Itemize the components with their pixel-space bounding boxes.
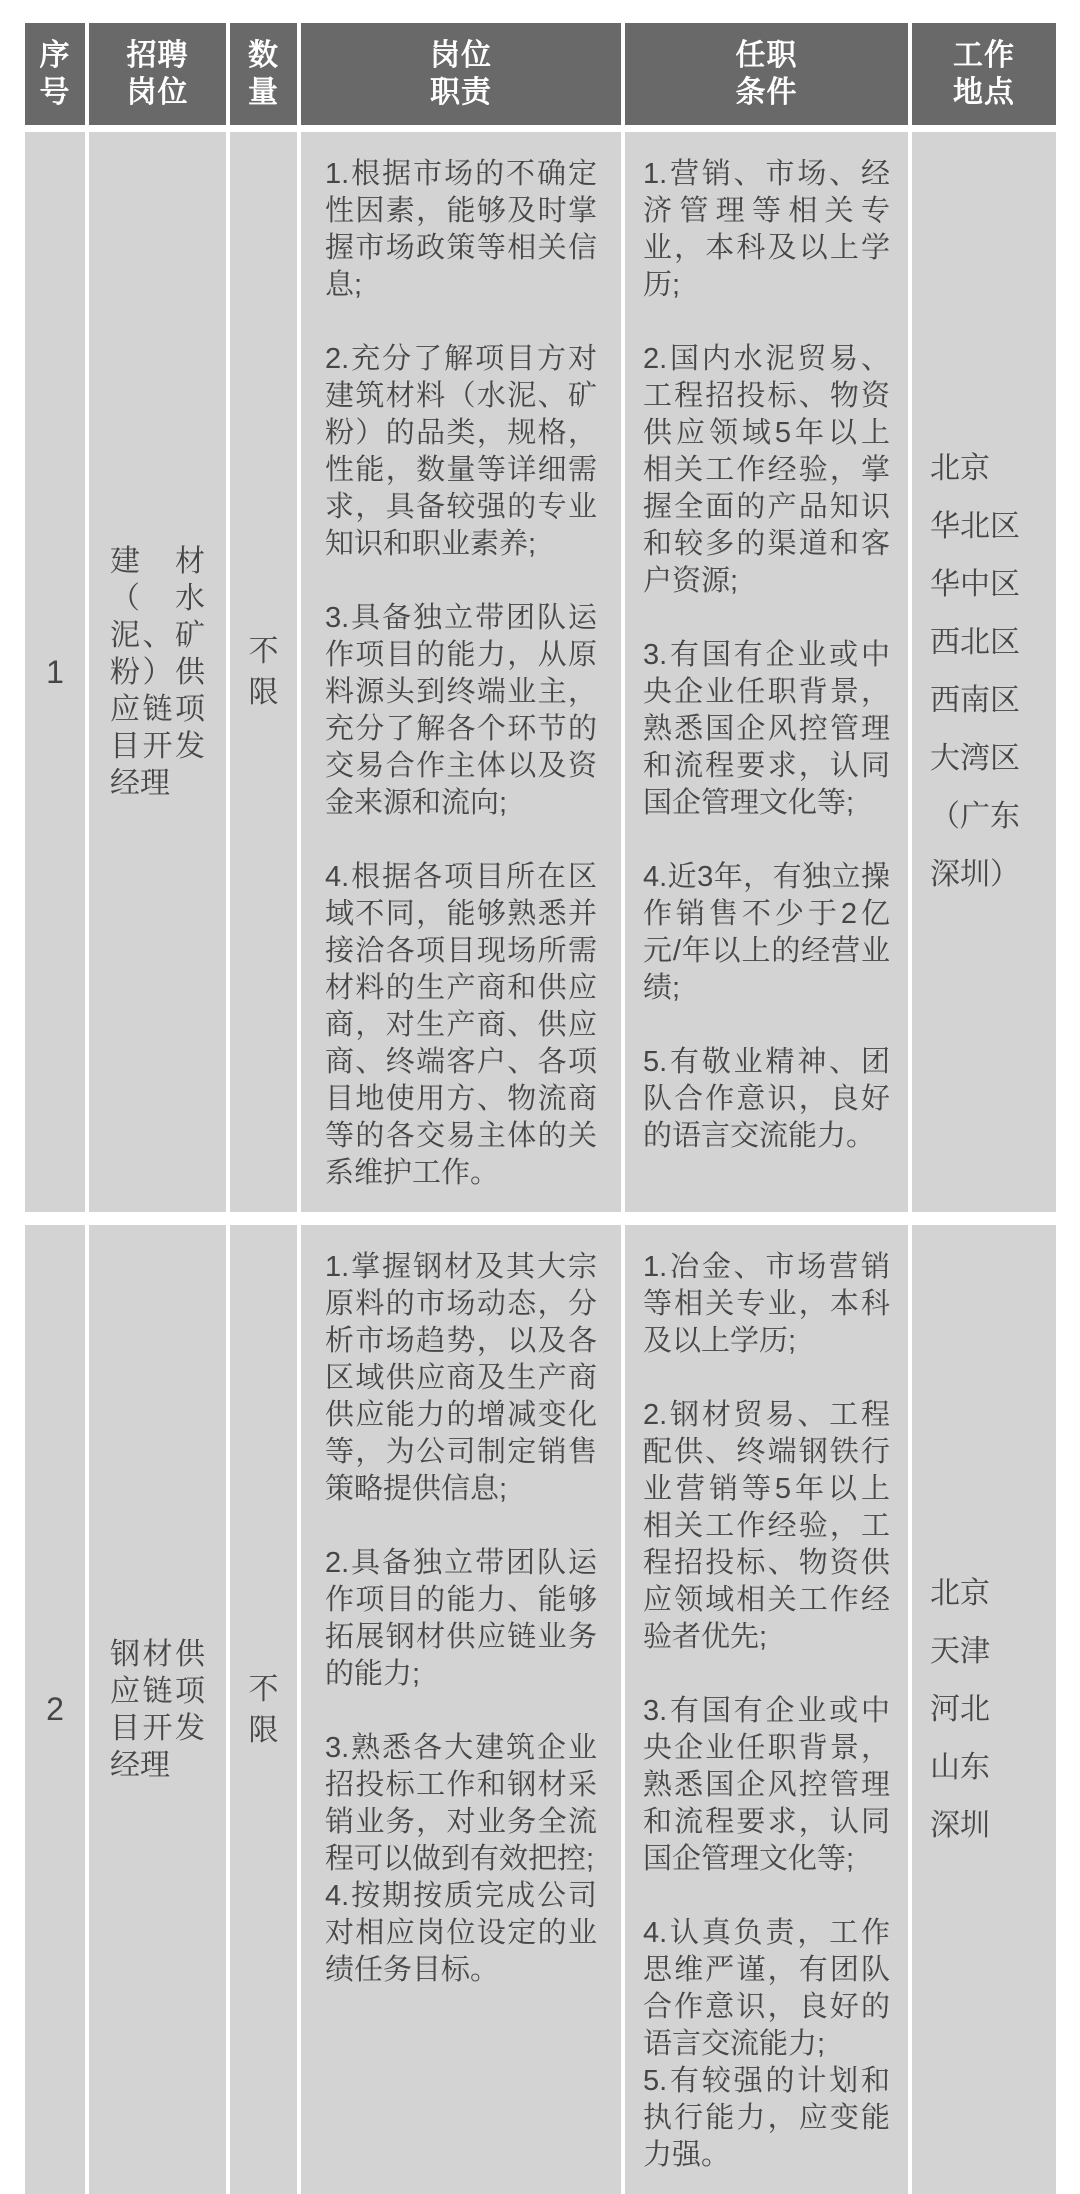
requirements-list: 1.冶金、市场营销等相关专业，本科及以上学历;2.钢材贸易、工程配供、终端钢铁行…	[643, 1249, 890, 2174]
position-cell: 钢材供应链项目开发经理	[89, 1225, 226, 2194]
column-header-requirements: 任职 条件	[625, 23, 908, 125]
location-cell: 北京华北区华中区西北区西南区大湾区（广东深圳）	[912, 132, 1056, 1212]
requirements-list: 1.营销、市场、经济管理等相关专业，本科及以上学历;2.国内水泥贸易、工程招投标…	[643, 156, 890, 1155]
location-item: 深圳）	[930, 846, 1056, 904]
position-title: 建材（水泥、矿粉）供应链项目开发经理	[89, 543, 226, 802]
requirement-item: 2.钢材贸易、工程配供、终端钢铁行业营销等5年以上相关工作经验，工程招投标、物资…	[643, 1397, 890, 1656]
position-cell: 建材（水泥、矿粉）供应链项目开发经理	[89, 132, 226, 1212]
location-item: 山东	[930, 1739, 1056, 1797]
duty-item: 3.熟悉各大建筑企业招投标工作和钢材采销业务，对业务全流程可以做到有效把控; 4…	[325, 1730, 597, 1989]
location-item: 北京	[930, 440, 1056, 498]
column-header-no: 序 号	[25, 23, 85, 125]
requirements-cell: 1.冶金、市场营销等相关专业，本科及以上学历;2.钢材贸易、工程配供、终端钢铁行…	[625, 1225, 908, 2194]
position-title: 钢材供应链项目开发经理	[89, 1636, 226, 1784]
location-item: 西南区	[930, 672, 1056, 730]
column-header-location: 工作 地点	[912, 23, 1056, 125]
table-header-row: 序 号 招聘 岗位 数 量 岗位 职责 任职 条件 工作 地点	[25, 23, 1056, 125]
column-header-position: 招聘 岗位	[89, 23, 226, 125]
duties-cell: 1.根据市场的不确定性因素，能够及时掌握市场政策等相关信息;2.充分了解项目方对…	[301, 132, 621, 1212]
location-list: 北京天津河北山东深圳	[912, 1565, 1056, 1855]
duties-list: 1.根据市场的不确定性因素，能够及时掌握市场政策等相关信息;2.充分了解项目方对…	[325, 156, 597, 1192]
table-row: 2 钢材供应链项目开发经理 不限 1.掌握钢材及其大宗原料的市场动态，分析市场趋…	[25, 1225, 1056, 2194]
quantity-value: 不限	[248, 631, 280, 713]
duty-item: 2.具备独立带团队运作项目的能力、能够拓展钢材供应链业务的能力;	[325, 1545, 597, 1693]
requirement-item: 1.营销、市场、经济管理等相关专业，本科及以上学历;	[643, 156, 890, 304]
duty-item: 4.根据各项目所在区域不同，能够熟悉并接洽各项目现场所需材料的生产商和供应商，对…	[325, 859, 597, 1192]
duty-item: 2.充分了解项目方对建筑材料（水泥、矿粉）的品类，规格，性能，数量等详细需求，具…	[325, 341, 597, 563]
duties-cell: 1.掌握钢材及其大宗原料的市场动态，分析市场趋势，以及各区域供应商及生产商供应能…	[301, 1225, 621, 2194]
column-header-quantity: 数 量	[230, 23, 297, 125]
duty-item: 1.根据市场的不确定性因素，能够及时掌握市场政策等相关信息;	[325, 156, 597, 304]
location-item: 华北区	[930, 498, 1056, 556]
location-item: 华中区	[930, 556, 1056, 614]
requirement-item: 3.有国有企业或中央企业任职背景，熟悉国企风控管理和流程要求，认同国企管理文化等…	[643, 1693, 890, 1878]
location-item: 深圳	[930, 1797, 1056, 1855]
requirement-item: 3.有国有企业或中央企业任职背景，熟悉国企风控管理和流程要求，认同国企管理文化等…	[643, 637, 890, 822]
quantity-cell: 不限	[230, 1225, 297, 2194]
requirement-item: 4.近3年，有独立操作销售不少于2亿元/年以上的经营业绩;	[643, 859, 890, 1007]
location-cell: 北京天津河北山东深圳	[912, 1225, 1056, 2194]
duty-item: 3.具备独立带团队运作项目的能力，从原料源头到终端业主，充分了解各个环节的交易合…	[325, 600, 597, 822]
requirement-item: 2.国内水泥贸易、工程招投标、物资供应领域5年以上相关工作经验，掌握全面的产品知…	[643, 341, 890, 600]
table-row: 1 建材（水泥、矿粉）供应链项目开发经理 不限 1.根据市场的不确定性因素，能够…	[25, 132, 1056, 1212]
location-item: 西北区	[930, 614, 1056, 672]
location-item: 天津	[930, 1623, 1056, 1681]
location-item: 北京	[930, 1565, 1056, 1623]
location-list: 北京华北区华中区西北区西南区大湾区（广东深圳）	[912, 440, 1056, 904]
duties-list: 1.掌握钢材及其大宗原料的市场动态，分析市场趋势，以及各区域供应商及生产商供应能…	[325, 1249, 597, 1989]
column-header-duties: 岗位 职责	[301, 23, 621, 125]
row-number: 1	[25, 132, 85, 1212]
requirement-item: 5.有敬业精神、团队合作意识，良好的语言交流能力。	[643, 1044, 890, 1155]
location-item: 大湾区	[930, 730, 1056, 788]
requirement-item: 1.冶金、市场营销等相关专业，本科及以上学历;	[643, 1249, 890, 1360]
row-number: 2	[25, 1225, 85, 2194]
duty-item: 1.掌握钢材及其大宗原料的市场动态，分析市场趋势，以及各区域供应商及生产商供应能…	[325, 1249, 597, 1508]
location-item: 河北	[930, 1681, 1056, 1739]
recruitment-table: 序 号 招聘 岗位 数 量 岗位 职责 任职 条件 工作 地点 1 建材（水泥、…	[25, 23, 1056, 2194]
requirements-cell: 1.营销、市场、经济管理等相关专业，本科及以上学历;2.国内水泥贸易、工程招投标…	[625, 132, 908, 1212]
location-item: （广东	[930, 788, 1056, 846]
requirement-item: 4.认真负责，工作思维严谨，有团队合作意识，良好的语言交流能力; 5.有较强的计…	[643, 1915, 890, 2174]
quantity-cell: 不限	[230, 132, 297, 1212]
quantity-value: 不限	[248, 1669, 280, 1751]
